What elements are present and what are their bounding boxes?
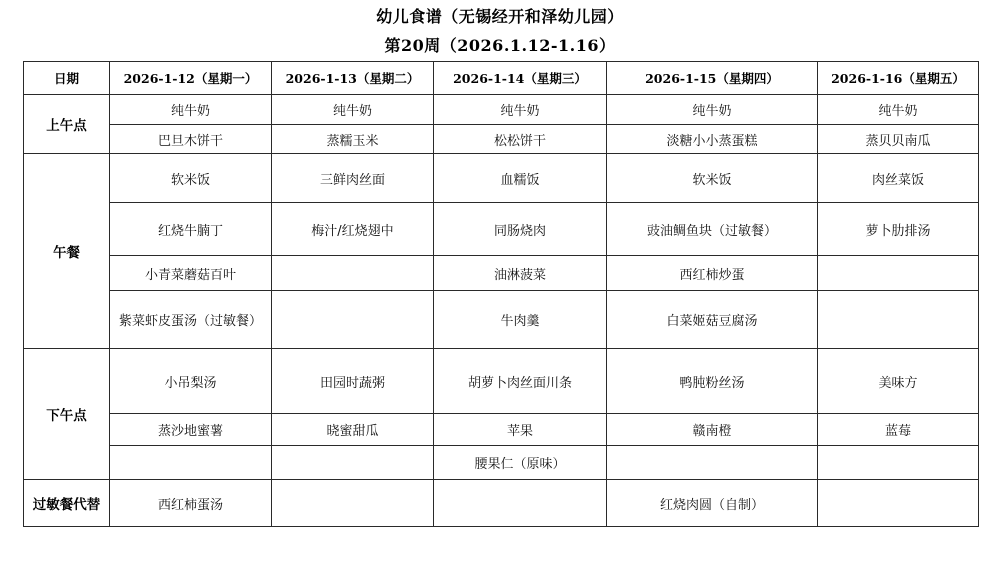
menu-cell <box>818 291 979 349</box>
menu-cell: 肉丝菜饭 <box>818 154 979 203</box>
menu-cell <box>607 446 818 480</box>
menu-cell: 蒸沙地蜜薯 <box>110 414 272 446</box>
menu-cell <box>272 480 434 527</box>
menu-cell: 淡糖小小蒸蛋糕 <box>607 125 818 154</box>
menu-cell: 软米饭 <box>110 154 272 203</box>
table-row: 小青菜蘑菇百叶 油淋菠菜 西红柿炒蛋 <box>24 256 979 291</box>
menu-cell: 同肠烧肉 <box>434 203 607 256</box>
menu-cell <box>110 446 272 480</box>
menu-cell <box>818 480 979 527</box>
table-row: 午餐 软米饭 三鲜肉丝面 血糯饭 软米饭 肉丝菜饭 <box>24 154 979 203</box>
day-header-monday: 2026-1-12（星期一） <box>110 62 272 95</box>
menu-cell: 紫菜虾皮蛋汤（过敏餐） <box>110 291 272 349</box>
menu-cell <box>272 446 434 480</box>
section-label-lunch: 午餐 <box>24 154 110 349</box>
page-subtitle: 第20周（2026.1.12-1.16） <box>0 35 1000 57</box>
table-row: 蒸沙地蜜薯 晓蜜甜瓜 苹果 赣南橙 蓝莓 <box>24 414 979 446</box>
section-label-morning-snack: 上午点 <box>24 95 110 154</box>
menu-cell <box>272 256 434 291</box>
menu-cell: 巴旦木饼干 <box>110 125 272 154</box>
menu-cell: 蒸糯玉米 <box>272 125 434 154</box>
table-row: 过敏餐代替 西红柿蛋汤 红烧肉圆（自制） <box>24 480 979 527</box>
menu-cell: 纯牛奶 <box>818 95 979 125</box>
weekly-menu-table: 日期 2026-1-12（星期一） 2026-1-13（星期二） 2026-1-… <box>23 61 979 527</box>
day-header-wednesday: 2026-1-14（星期三） <box>434 62 607 95</box>
table-row: 红烧牛腩丁 梅汁/红烧翅中 同肠烧肉 豉油鲷鱼块（过敏餐） 萝卜肋排汤 <box>24 203 979 256</box>
section-label-allergy-substitute: 过敏餐代替 <box>24 480 110 527</box>
menu-cell: 晓蜜甜瓜 <box>272 414 434 446</box>
menu-cell: 纯牛奶 <box>110 95 272 125</box>
day-header-friday: 2026-1-16（星期五） <box>818 62 979 95</box>
table-row: 紫菜虾皮蛋汤（过敏餐） 牛肉羹 白菜姬菇豆腐汤 <box>24 291 979 349</box>
menu-cell <box>434 480 607 527</box>
table-row: 巴旦木饼干 蒸糯玉米 松松饼干 淡糖小小蒸蛋糕 蒸贝贝南瓜 <box>24 125 979 154</box>
table-row: 腰果仁（原味） <box>24 446 979 480</box>
page-title: 幼儿食谱（无锡经开和泽幼儿园） <box>0 6 1000 28</box>
menu-cell: 纯牛奶 <box>434 95 607 125</box>
menu-cell: 田园时蔬粥 <box>272 349 434 414</box>
menu-cell: 苹果 <box>434 414 607 446</box>
menu-cell: 血糯饭 <box>434 154 607 203</box>
menu-cell: 腰果仁（原味） <box>434 446 607 480</box>
menu-cell: 软米饭 <box>607 154 818 203</box>
menu-cell: 红烧牛腩丁 <box>110 203 272 256</box>
menu-cell: 蓝莓 <box>818 414 979 446</box>
menu-page: 幼儿食谱（无锡经开和泽幼儿园） 第20周（2026.1.12-1.16） 日期 … <box>0 0 1000 568</box>
menu-cell: 西红柿蛋汤 <box>110 480 272 527</box>
menu-cell <box>818 256 979 291</box>
menu-cell <box>272 291 434 349</box>
menu-cell: 松松饼干 <box>434 125 607 154</box>
menu-cell: 三鲜肉丝面 <box>272 154 434 203</box>
menu-cell: 小青菜蘑菇百叶 <box>110 256 272 291</box>
menu-cell: 纯牛奶 <box>607 95 818 125</box>
menu-cell: 红烧肉圆（自制） <box>607 480 818 527</box>
table-row: 下午点 小吊梨汤 田园时蔬粥 胡萝卜肉丝面川条 鸭肫粉丝汤 美味方 <box>24 349 979 414</box>
menu-cell: 鸭肫粉丝汤 <box>607 349 818 414</box>
menu-cell: 蒸贝贝南瓜 <box>818 125 979 154</box>
menu-cell: 牛肉羹 <box>434 291 607 349</box>
menu-cell: 萝卜肋排汤 <box>818 203 979 256</box>
menu-cell: 西红柿炒蛋 <box>607 256 818 291</box>
menu-cell: 纯牛奶 <box>272 95 434 125</box>
menu-cell <box>818 446 979 480</box>
table-row: 上午点 纯牛奶 纯牛奶 纯牛奶 纯牛奶 纯牛奶 <box>24 95 979 125</box>
menu-cell: 小吊梨汤 <box>110 349 272 414</box>
menu-cell: 美味方 <box>818 349 979 414</box>
menu-cell: 梅汁/红烧翅中 <box>272 203 434 256</box>
date-column-header: 日期 <box>24 62 110 95</box>
menu-cell: 油淋菠菜 <box>434 256 607 291</box>
menu-cell: 白菜姬菇豆腐汤 <box>607 291 818 349</box>
header-row: 日期 2026-1-12（星期一） 2026-1-13（星期二） 2026-1-… <box>24 62 979 95</box>
day-header-thursday: 2026-1-15（星期四） <box>607 62 818 95</box>
day-header-tuesday: 2026-1-13（星期二） <box>272 62 434 95</box>
menu-cell: 赣南橙 <box>607 414 818 446</box>
section-label-afternoon-snack: 下午点 <box>24 349 110 480</box>
menu-cell: 豉油鲷鱼块（过敏餐） <box>607 203 818 256</box>
menu-cell: 胡萝卜肉丝面川条 <box>434 349 607 414</box>
